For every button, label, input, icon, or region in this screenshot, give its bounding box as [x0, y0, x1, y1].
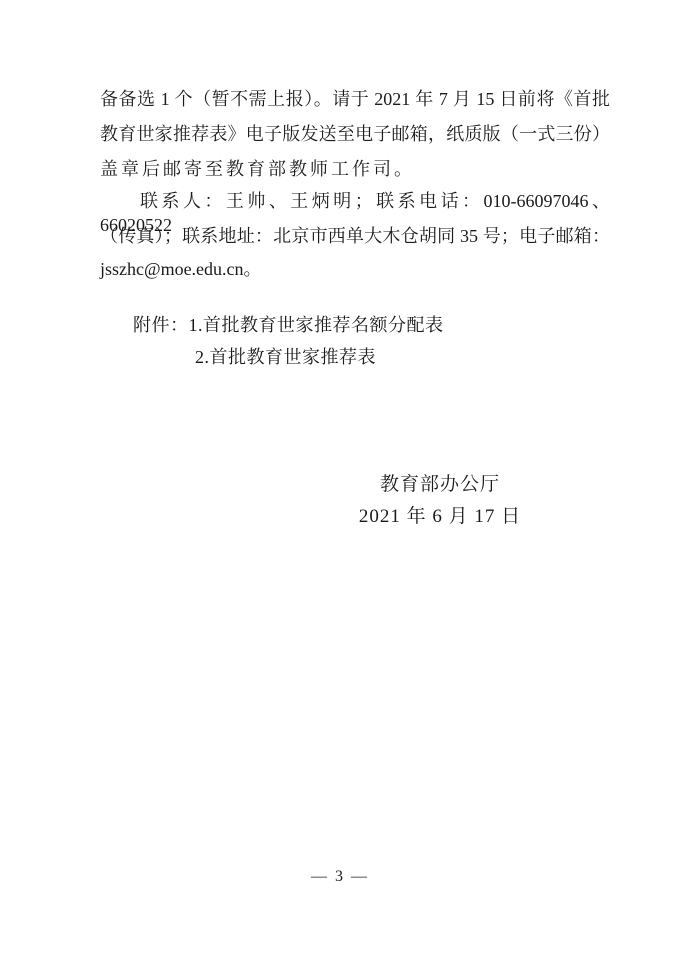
signature-date: 2021 年 6 月 17 日 [330, 505, 550, 529]
paragraph1-line1: 备备选 1 个（暂不需上报）。请于 2021 年 7 月 15 日前将《首批 [100, 87, 610, 111]
paragraph1-line2: 教育世家推荐表》电子版发送至电子邮箱，纸质版（一式三份） [100, 122, 610, 146]
paragraph2-line3-email: jsszhc@moe.edu.cn。 [100, 257, 610, 281]
signature-issuer: 教育部办公厅 [330, 473, 550, 497]
paragraph1-line3: 盖章后邮寄至教育部教师工作司。 [100, 157, 610, 181]
page-number: — 3 — [0, 868, 680, 886]
attachments-item-2: 2.首批教育世家推荐表 [195, 345, 376, 369]
attachments-item-1: 附件：1.首批教育世家推荐名额分配表 [133, 313, 444, 337]
paragraph2-line2: （传真）；联系地址：北京市西单大木仓胡同 35 号；电子邮箱： [100, 224, 610, 248]
document-page: 备备选 1 个（暂不需上报）。请于 2021 年 7 月 15 日前将《首批 教… [0, 0, 680, 961]
